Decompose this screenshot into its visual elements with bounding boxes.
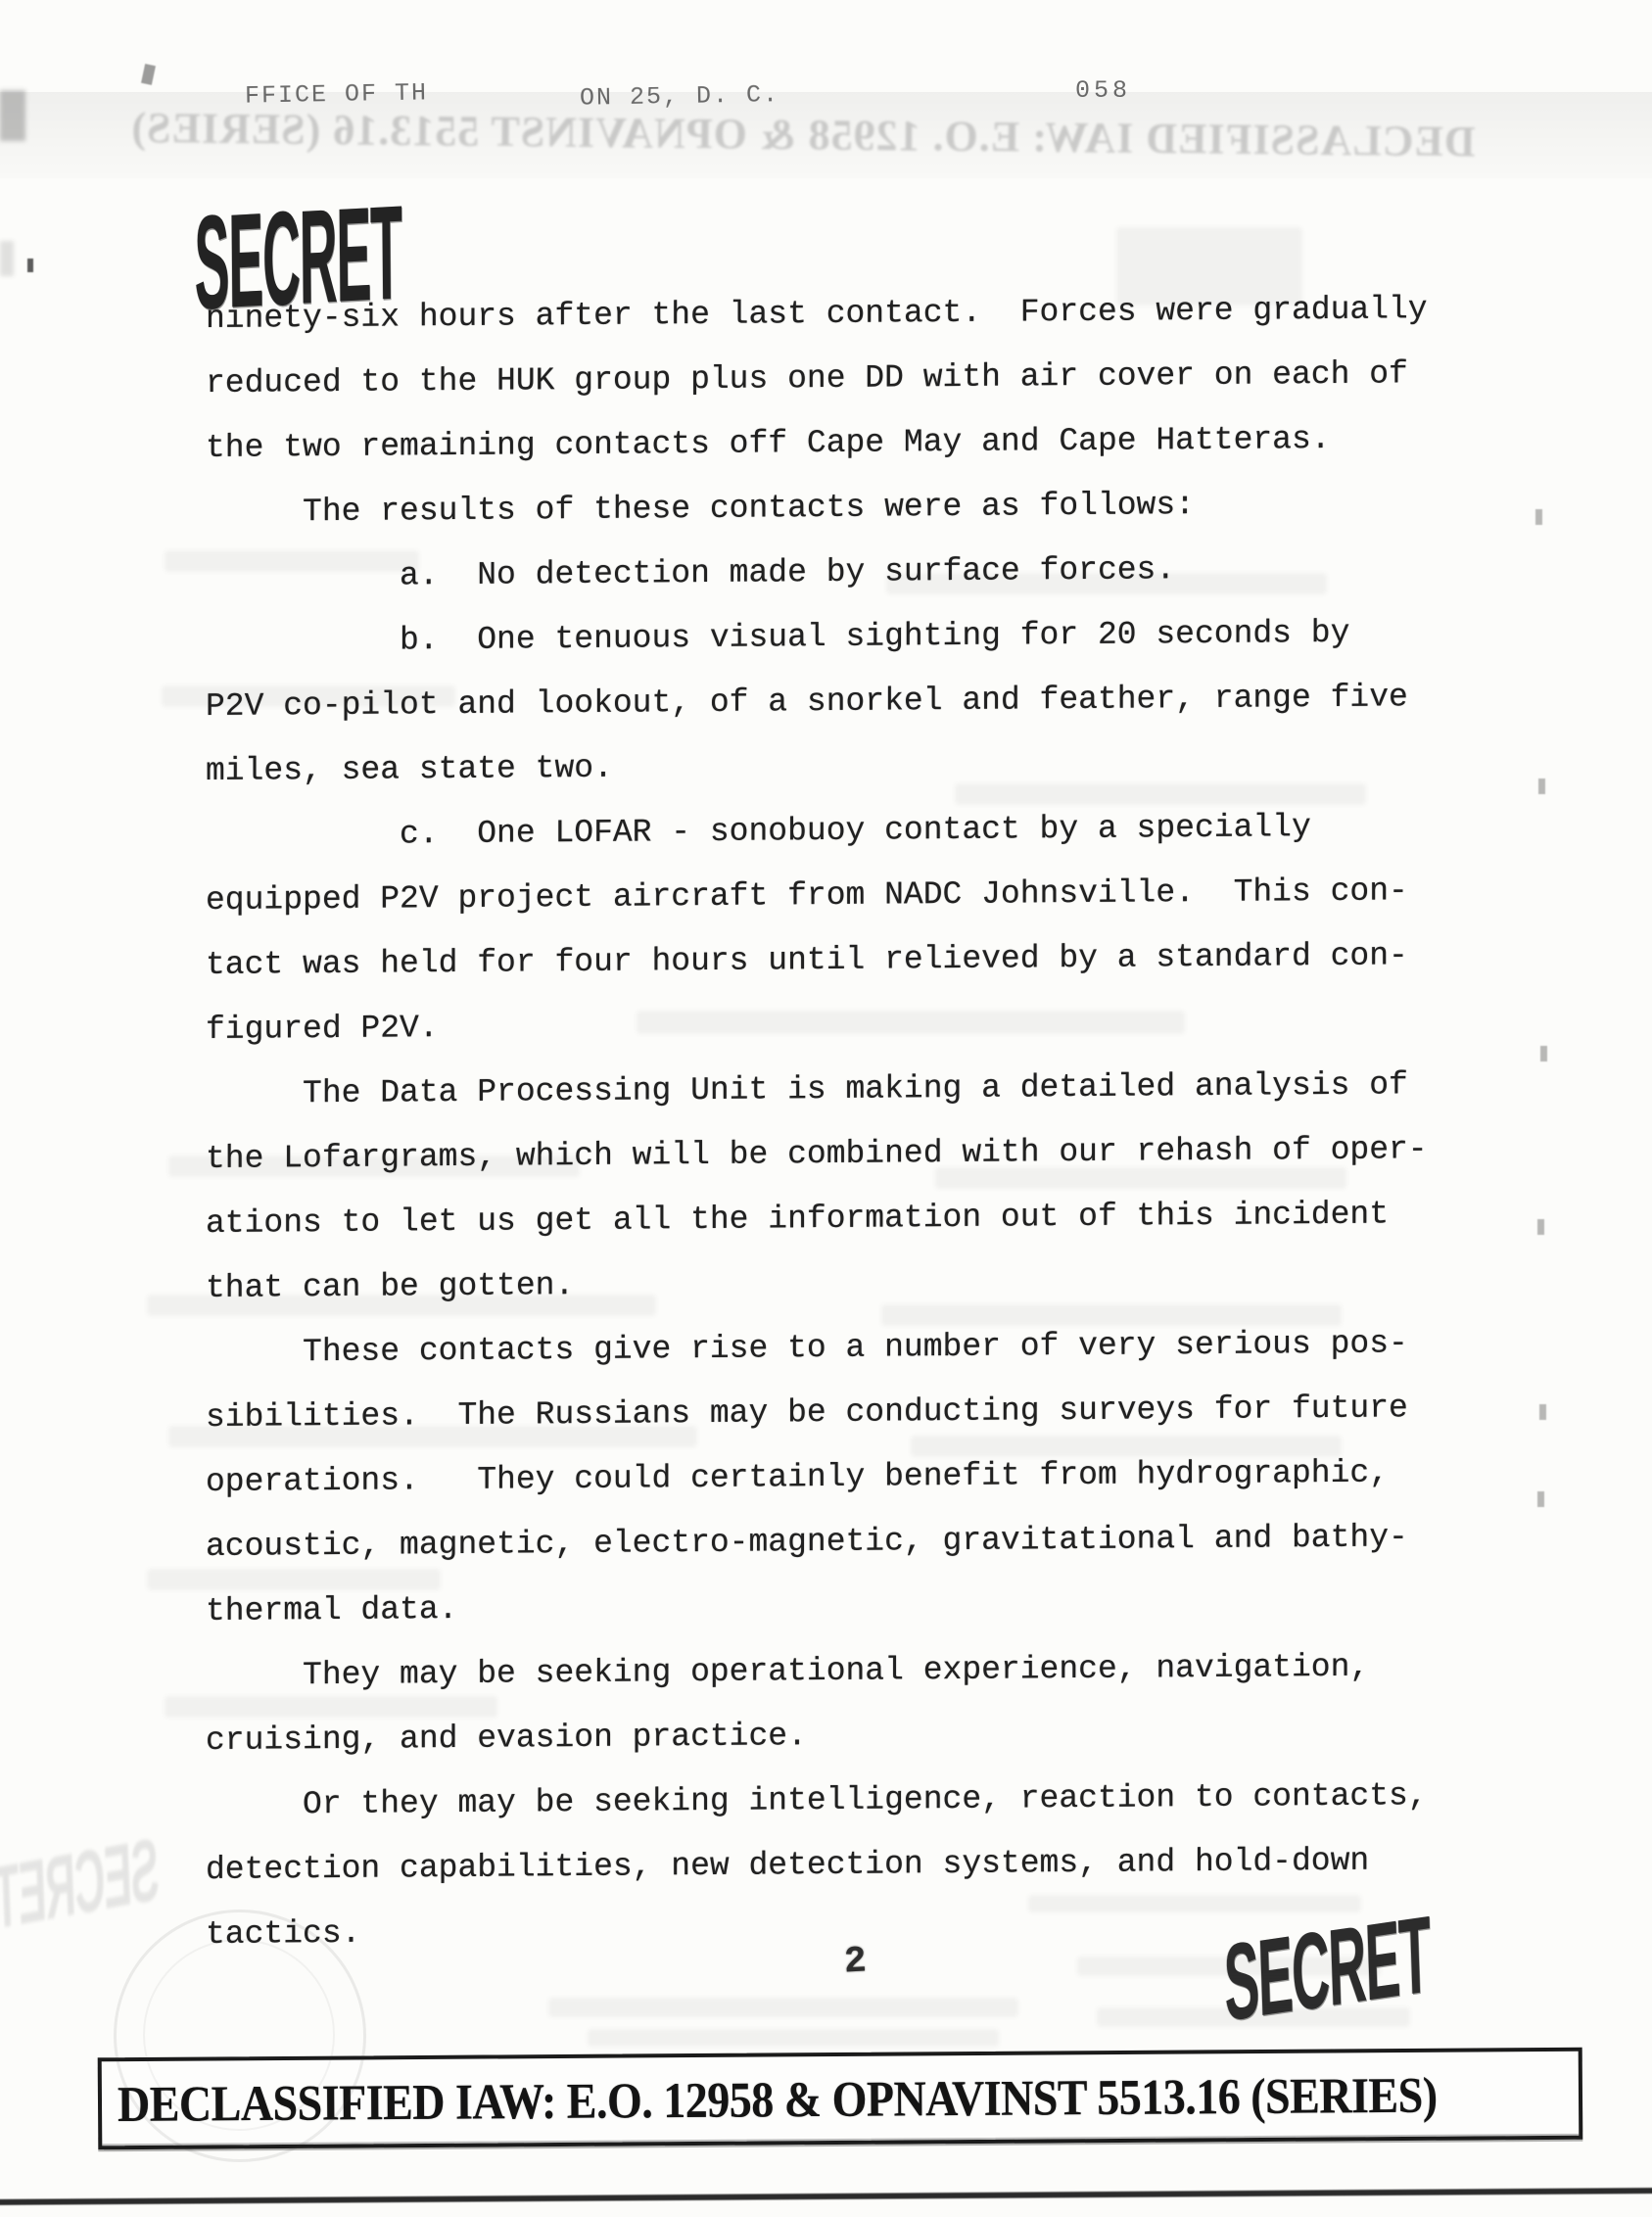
bleed-smear xyxy=(637,1011,1185,1034)
header-fragment-city: ON 25, D. C. xyxy=(580,80,780,113)
typed-line: The Data Processing Unit is making a det… xyxy=(206,1053,1428,1127)
scan-tick xyxy=(1537,1491,1544,1507)
typed-line: reduced to the HUK group plus one DD wit… xyxy=(206,342,1428,416)
typed-line: detection capabilities, new detection sy… xyxy=(206,1828,1428,1903)
bleed-smear xyxy=(162,685,455,707)
bleed-smear xyxy=(147,1295,656,1316)
header-fragment-office: FFICE OF TH xyxy=(245,78,429,110)
bleed-smear xyxy=(1077,1957,1381,1976)
bleed-smear xyxy=(1097,2007,1410,2027)
bleed-smear xyxy=(911,1436,1342,1457)
typed-line: c. One LOFAR - sonobuoy contact by a spe… xyxy=(206,794,1428,869)
ghost-circle-stamp-inner xyxy=(143,1939,335,2131)
scanned-document-page: DECLASSIFIED IAW: E.O. 12958 & OPNAVINST… xyxy=(0,0,1652,2217)
scan-tick xyxy=(1539,1404,1546,1420)
typed-line: ations to let us get all the information… xyxy=(206,1182,1428,1256)
typed-line: tact was held for four hours until relie… xyxy=(206,923,1428,998)
bleed-smear xyxy=(955,783,1366,805)
typed-line: b. One tenuous visual sighting for 20 se… xyxy=(206,600,1428,675)
bleed-smear xyxy=(165,550,419,572)
ink-mark xyxy=(141,64,156,85)
bleed-smear xyxy=(165,1696,497,1718)
typed-line: Or they may be seeking intelligence, rea… xyxy=(206,1764,1428,1838)
scan-tick xyxy=(1535,509,1542,525)
header-fragment-number: 058 xyxy=(1075,76,1131,105)
scan-edge-line xyxy=(0,2188,1652,2205)
bleed-smear xyxy=(881,1304,1342,1326)
bleed-smear xyxy=(886,573,1327,594)
typed-line: equipped P2V project aircraft from NADC … xyxy=(206,859,1428,933)
typed-line: The results of these contacts were as fo… xyxy=(206,471,1428,545)
ghost-secret-stamp: SECRET xyxy=(0,1819,161,1950)
ink-mark xyxy=(27,259,33,272)
bleed-smear xyxy=(168,1156,580,1177)
ink-smudge xyxy=(0,90,25,141)
scan-tick xyxy=(1540,1046,1547,1061)
scan-tick xyxy=(1538,778,1545,794)
scan-tick xyxy=(1537,1219,1544,1235)
bleed-smear xyxy=(1116,227,1302,306)
ink-smudge xyxy=(0,241,14,276)
bleed-smear xyxy=(147,1569,441,1590)
bleed-smear xyxy=(1028,1895,1361,1912)
bleed-smear xyxy=(588,2029,999,2047)
bleed-smear xyxy=(168,1426,697,1447)
page-number: 2 xyxy=(843,1940,868,1983)
typed-line: the two remaining contacts off Cape May … xyxy=(206,406,1428,481)
bleed-smear xyxy=(548,1998,1018,2017)
bleed-smear xyxy=(935,1167,1346,1189)
